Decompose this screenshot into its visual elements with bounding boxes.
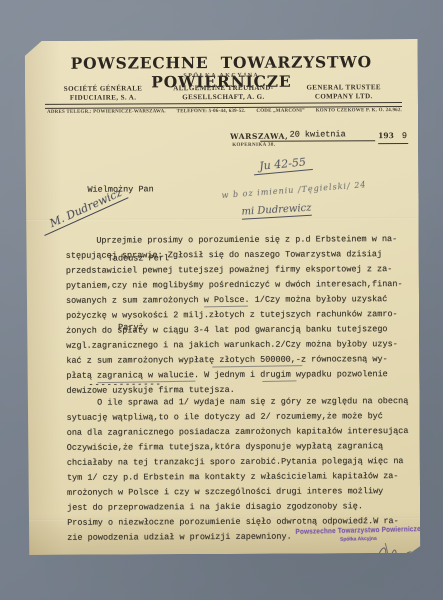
company-name-line: ALLGEMEINE TREUHAND-	[163, 84, 283, 93]
company-name-french: SOCIÉTÉ GÉNÉRALE FIDUCIAIRE, S. A.	[43, 84, 163, 102]
typed-line: wzgl.zagranicznego i na jakich warunkach…	[66, 337, 403, 354]
signature-scribble	[327, 537, 417, 571]
company-name-english: GENERAL TRUSTEE COMPANY LTD.	[284, 83, 404, 101]
pencil-signature-line	[319, 560, 417, 567]
company-name-german: ALLGEMEINE TREUHAND- GESELLSCHAFT, A. G.	[163, 84, 283, 102]
year-field: 1939	[378, 131, 408, 144]
typed-line: żonych do spłaty w ciągu 3-4 lat pod gwa…	[66, 322, 403, 339]
dateline: WARSZAWA, KOPERNIKA 38. 20 kwietnia 1939	[230, 129, 408, 150]
company-name-line: COMPANY LTD.	[284, 92, 404, 101]
typed-line: stępującej sprawie: Zgłosił się do nasze…	[66, 247, 403, 264]
phone-numbers: TELEFONY: 5-06-44, 639-52.	[177, 109, 246, 114]
translated-names: SOCIÉTÉ GÉNÉRALE FIDUCIAIRE, S. A. ALLGE…	[43, 83, 404, 102]
bank-account: KONTO CZEKOWE P. K. O. 24.962.	[316, 108, 402, 113]
body-paragraph-1: Uprzejmie prosimy o porozumienie się z p…	[66, 232, 404, 399]
telegraph-code: CODE „MARCONI”	[256, 109, 305, 114]
printed-year-prefix: 193	[378, 131, 394, 140]
typed-line: pożyczkę w wysokości 2 milj.złotych z tu…	[66, 307, 403, 324]
company-name-line: FIDUCIAIRE, S. A.	[43, 93, 163, 102]
telegraph-address: ADRES TELEGR.: POWIERNICZE-WARSZAWA.	[47, 109, 166, 115]
company-name-line: GESELLSCHAFT, A. G.	[163, 92, 283, 101]
scan-background: POWSZECHNE TOWARZYSTWO POWIERNICZE SPÓŁK…	[0, 0, 443, 600]
typed-year-digit: 9	[402, 131, 407, 141]
letter-paper: POWSZECHNE TOWARZYSTWO POWIERNICZE SPÓŁK…	[25, 39, 421, 555]
handwritten-file-number: Ju 42-55	[253, 155, 313, 175]
street-label: KOPERNIKA 38.	[232, 143, 275, 148]
contact-info-line: ADRES TELEGR.: POWIERNICZE-WARSZAWA. TEL…	[47, 108, 402, 115]
typed-line: Uprzejmie prosimy o porozumienie się z p…	[66, 232, 403, 249]
typed-date: 20 kwietnia	[260, 129, 375, 142]
typed-line: pytaniem,czy nie moglibyśmy pośredniczyć…	[66, 277, 403, 294]
typed-line: przedstawiciel pewnej tutejszej poważnej…	[66, 262, 403, 279]
handwritten-note: w b oz imieniu /Tęgielski/ 24	[221, 180, 366, 200]
handwritten-name: mi Dudrewicz	[241, 203, 312, 220]
body-paragraph-2: O ile sprawa ad 1/ wydaje nam się z góry…	[67, 394, 410, 546]
